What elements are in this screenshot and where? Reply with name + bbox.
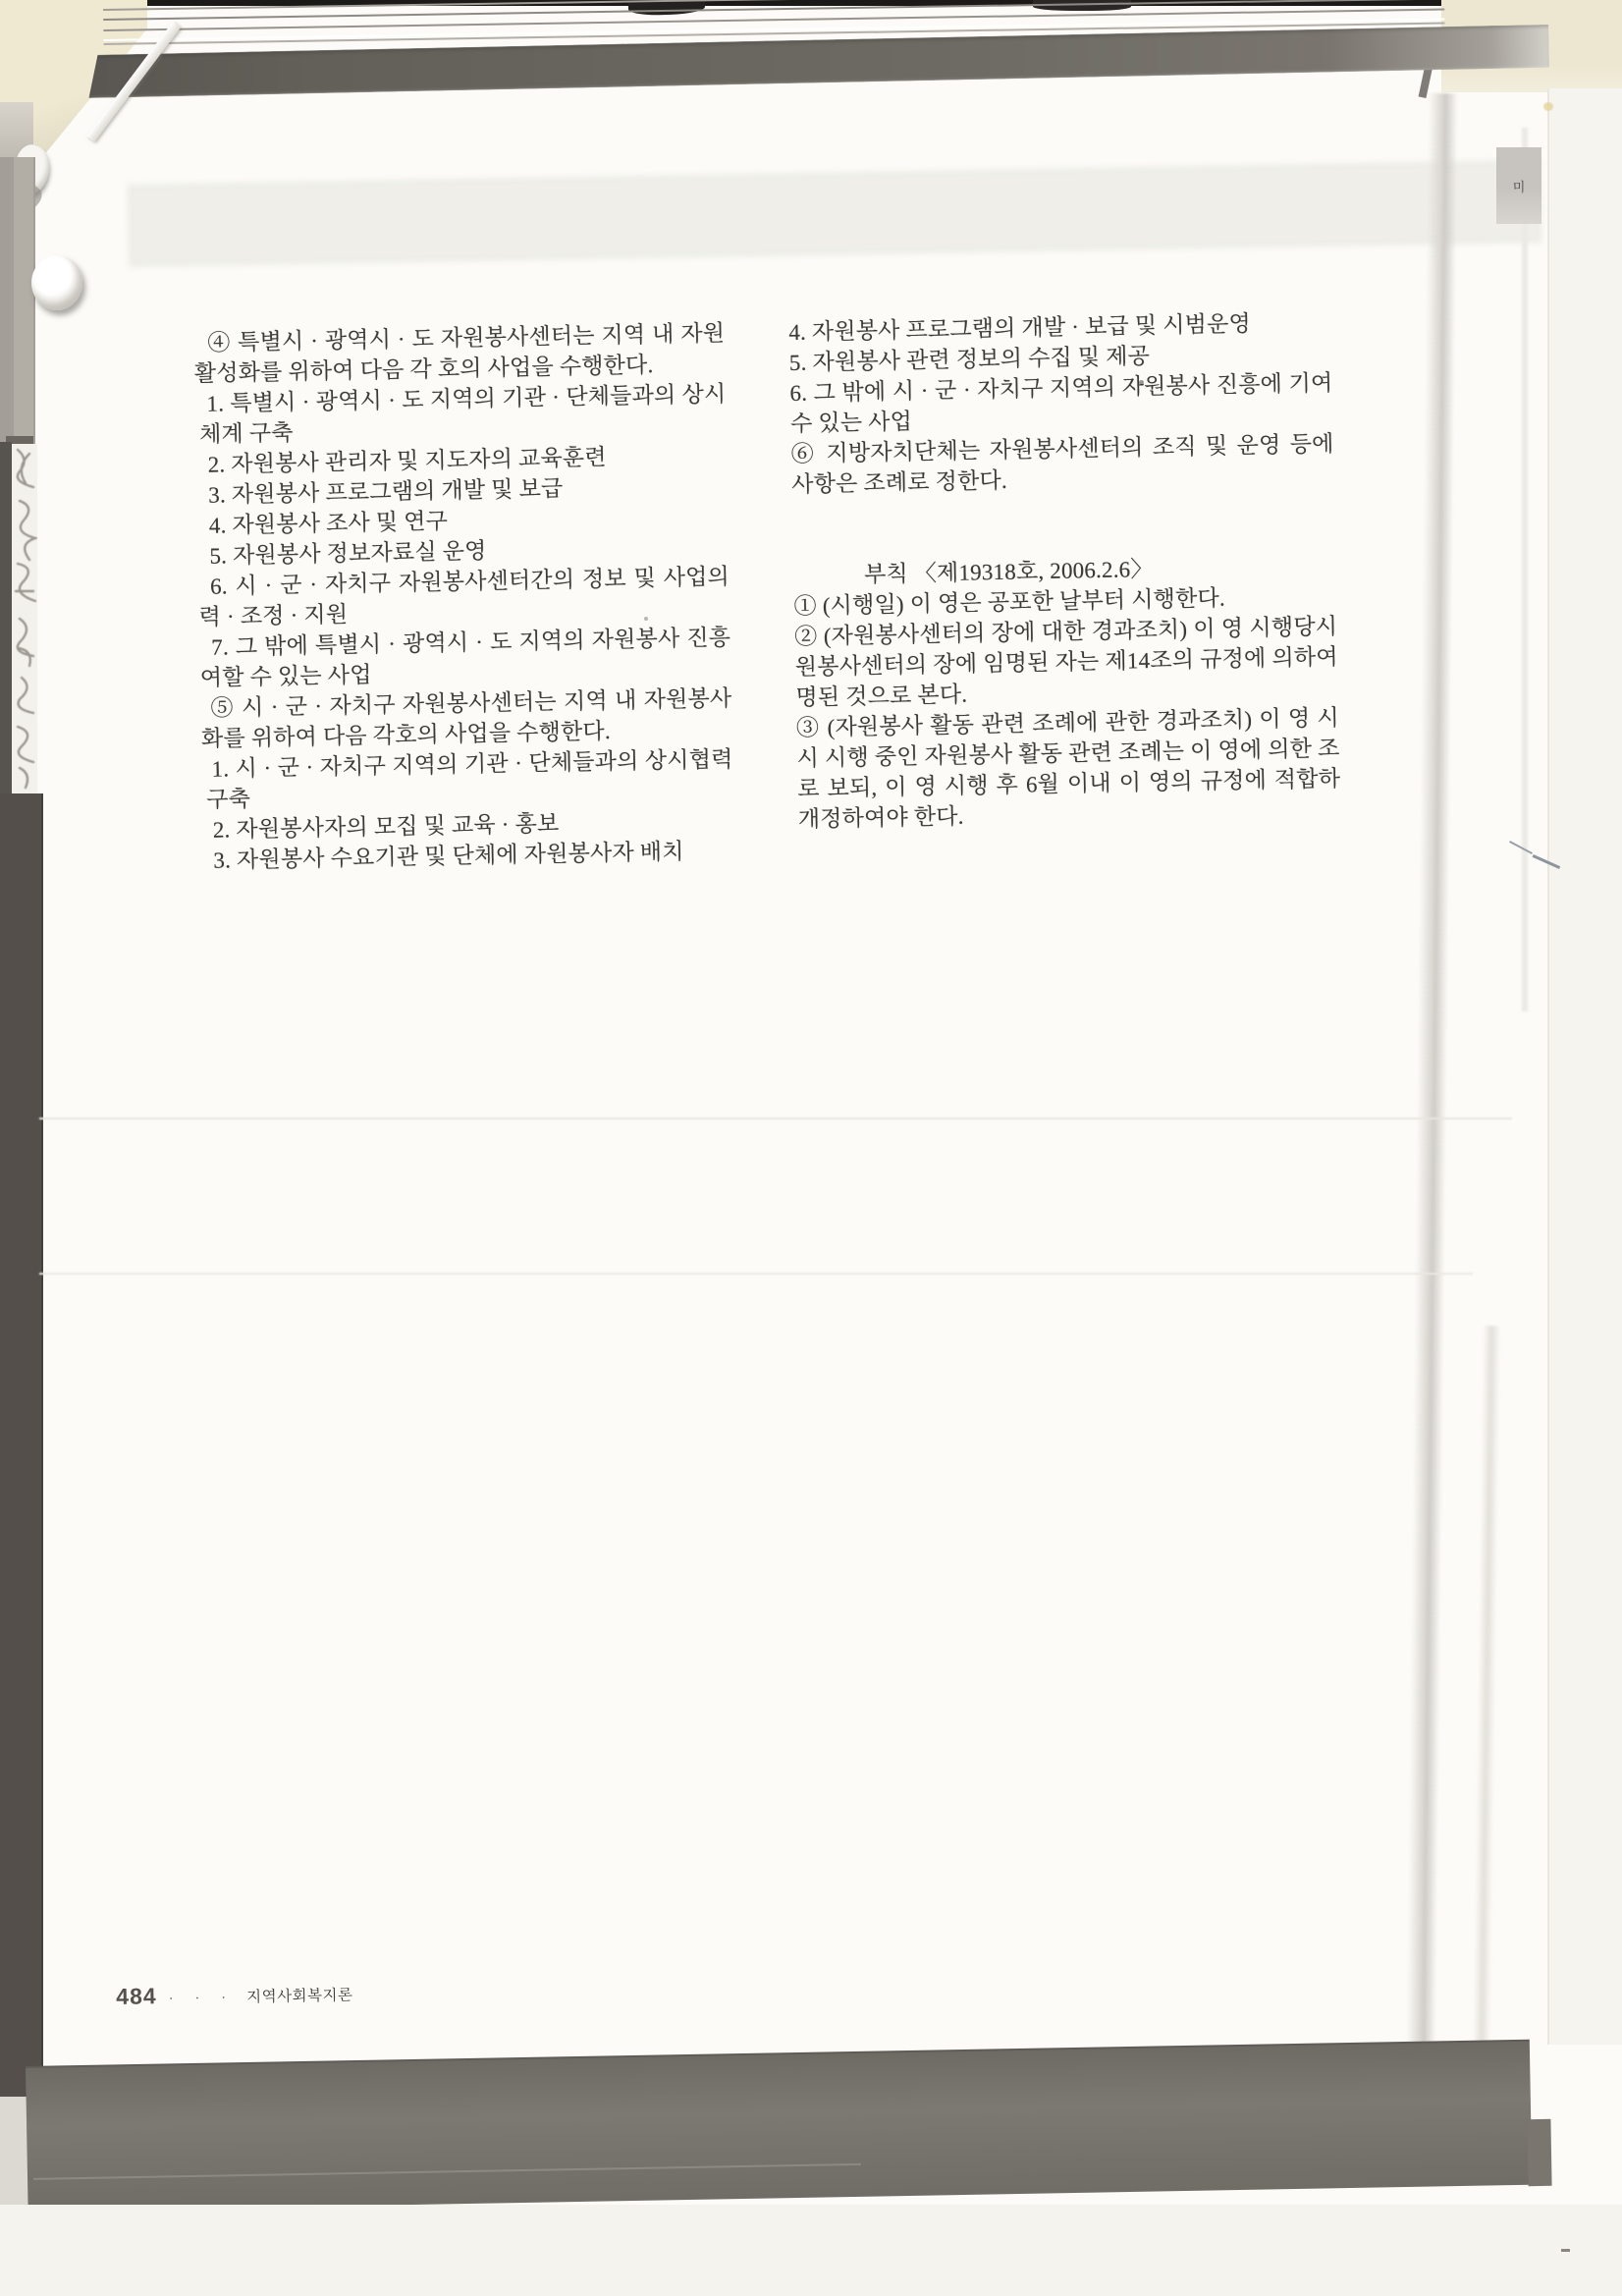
page-footer: 484 · · · 지역사회복지론	[116, 1979, 353, 2010]
footer-dots: · · ·	[169, 1991, 236, 2008]
margin-stamp-text: 미	[1513, 177, 1526, 195]
page-right-margin	[1547, 88, 1622, 2045]
page-edge-shadow	[1406, 93, 1458, 2052]
bottom-shadow-band	[26, 2040, 1532, 2212]
scan-smudge-band	[127, 159, 1541, 267]
spine-strip	[12, 444, 37, 797]
scanner-bottom-area	[0, 2205, 1622, 2296]
margin-stamp: 미	[1496, 147, 1541, 224]
crease-line	[39, 1118, 1512, 1120]
punch-hole	[31, 255, 82, 310]
page-number: 484	[116, 1983, 157, 2010]
spine-shadow	[0, 442, 12, 797]
page-edge-shadow	[1522, 128, 1528, 1011]
scan-speck	[1543, 102, 1553, 111]
page-edge-shadow	[1473, 1326, 1501, 2072]
scan-speck	[1561, 2249, 1570, 2252]
crease-line	[39, 1273, 1473, 1275]
scanned-page: 미 ④ 특별시 · 광역시 · 도 자원봉사센터는 지역 내 자원봉사활성화를 …	[0, 0, 1622, 2296]
text-column-right: 4. 자원봉사 프로그램의 개발 · 보급 및 시범운영5. 자원봉사 관련 정…	[788, 306, 1341, 835]
spine-shadow	[0, 2097, 29, 2207]
footer-book-title: 지역사회복지론	[246, 1983, 353, 2006]
spine-shadow	[14, 157, 33, 444]
spine-shadow	[0, 793, 43, 2104]
spine-handwriting	[12, 444, 37, 797]
bottom-shadow-step	[1527, 2119, 1551, 2186]
text-column-left: ④ 특별시 · 광역시 · 도 자원봉사센터는 지역 내 자원봉사활성화를 위하…	[193, 318, 735, 876]
pen-mark	[1509, 841, 1533, 854]
band-highlight-line	[33, 2163, 860, 2179]
